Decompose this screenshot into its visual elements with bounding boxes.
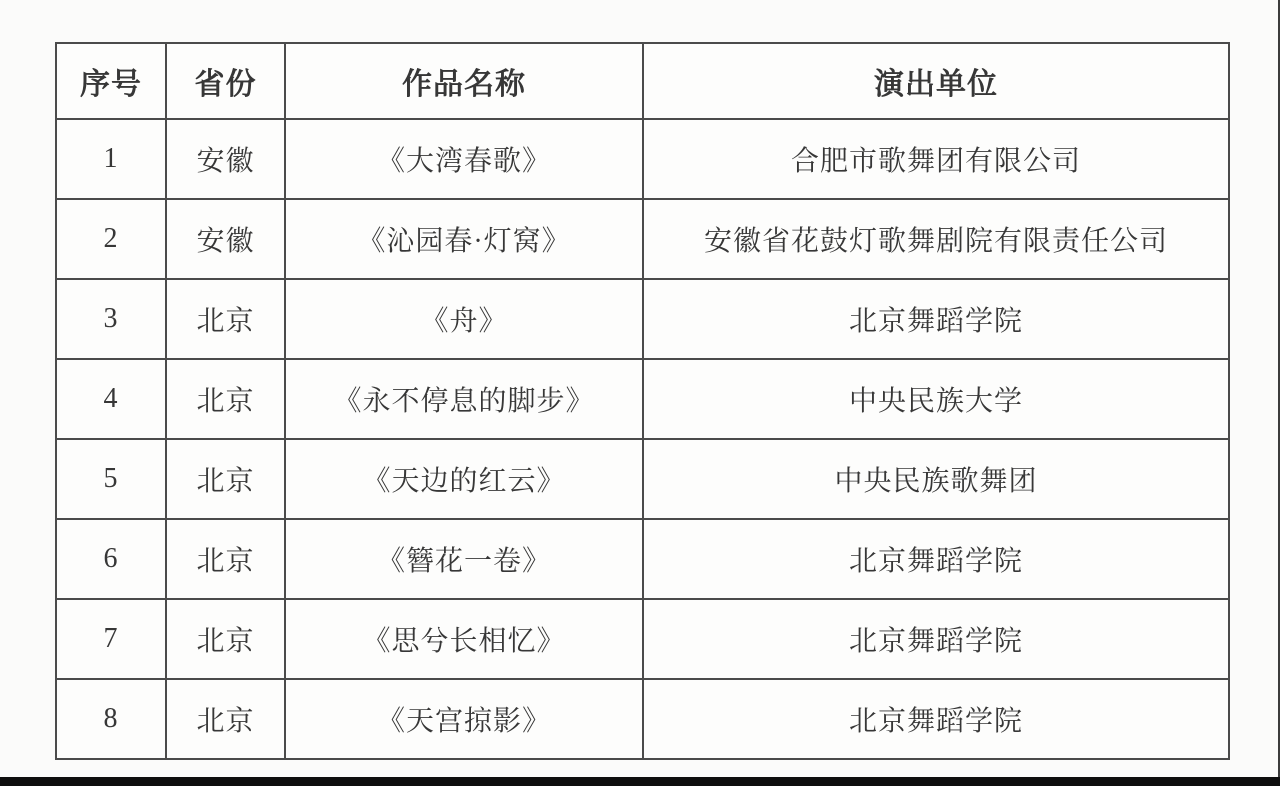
cell-work: 《天边的红云》 [285, 439, 643, 519]
table-row: 4北京《永不停息的脚步》中央民族大学 [56, 359, 1229, 439]
column-header-work: 作品名称 [285, 43, 643, 119]
cell-unit: 北京舞蹈学院 [643, 519, 1229, 599]
table-row: 1安徽《大湾春歌》合肥市歌舞团有限公司 [56, 119, 1229, 199]
cell-index: 3 [56, 279, 166, 359]
cell-unit: 合肥市歌舞团有限公司 [643, 119, 1229, 199]
cell-index: 1 [56, 119, 166, 199]
table-row: 3北京《舟》北京舞蹈学院 [56, 279, 1229, 359]
column-header-unit: 演出单位 [643, 43, 1229, 119]
cell-work: 《永不停息的脚步》 [285, 359, 643, 439]
cell-unit: 北京舞蹈学院 [643, 599, 1229, 679]
cell-work: 《大湾春歌》 [285, 119, 643, 199]
cell-index: 7 [56, 599, 166, 679]
cell-province: 北京 [166, 599, 285, 679]
cell-province: 北京 [166, 359, 285, 439]
cell-work: 《天宫掠影》 [285, 679, 643, 759]
cell-index: 8 [56, 679, 166, 759]
cell-index: 6 [56, 519, 166, 599]
cell-province: 北京 [166, 279, 285, 359]
cell-unit: 中央民族歌舞团 [643, 439, 1229, 519]
cell-index: 2 [56, 199, 166, 279]
performance-table: 序号 省份 作品名称 演出单位 1安徽《大湾春歌》合肥市歌舞团有限公司2安徽《沁… [55, 42, 1230, 760]
cell-province: 安徽 [166, 119, 285, 199]
table-row: 8北京《天宫掠影》北京舞蹈学院 [56, 679, 1229, 759]
table-body: 1安徽《大湾春歌》合肥市歌舞团有限公司2安徽《沁园春·灯窝》安徽省花鼓灯歌舞剧院… [56, 119, 1229, 759]
cell-province: 北京 [166, 439, 285, 519]
column-header-index: 序号 [56, 43, 166, 119]
header-row: 序号 省份 作品名称 演出单位 [56, 43, 1229, 119]
table-row: 7北京《思兮长相忆》北京舞蹈学院 [56, 599, 1229, 679]
document-page: 序号 省份 作品名称 演出单位 1安徽《大湾春歌》合肥市歌舞团有限公司2安徽《沁… [0, 0, 1280, 786]
table-row: 2安徽《沁园春·灯窝》安徽省花鼓灯歌舞剧院有限责任公司 [56, 199, 1229, 279]
cell-unit: 北京舞蹈学院 [643, 679, 1229, 759]
column-header-province: 省份 [166, 43, 285, 119]
cell-work: 《簪花一卷》 [285, 519, 643, 599]
cell-province: 北京 [166, 679, 285, 759]
table-row: 6北京《簪花一卷》北京舞蹈学院 [56, 519, 1229, 599]
cell-unit: 中央民族大学 [643, 359, 1229, 439]
cell-unit: 安徽省花鼓灯歌舞剧院有限责任公司 [643, 199, 1229, 279]
cell-province: 安徽 [166, 199, 285, 279]
cell-work: 《舟》 [285, 279, 643, 359]
table-row: 5北京《天边的红云》中央民族歌舞团 [56, 439, 1229, 519]
cell-index: 4 [56, 359, 166, 439]
cell-work: 《沁园春·灯窝》 [285, 199, 643, 279]
bottom-bar [0, 777, 1280, 786]
cell-unit: 北京舞蹈学院 [643, 279, 1229, 359]
cell-index: 5 [56, 439, 166, 519]
cell-province: 北京 [166, 519, 285, 599]
cell-work: 《思兮长相忆》 [285, 599, 643, 679]
